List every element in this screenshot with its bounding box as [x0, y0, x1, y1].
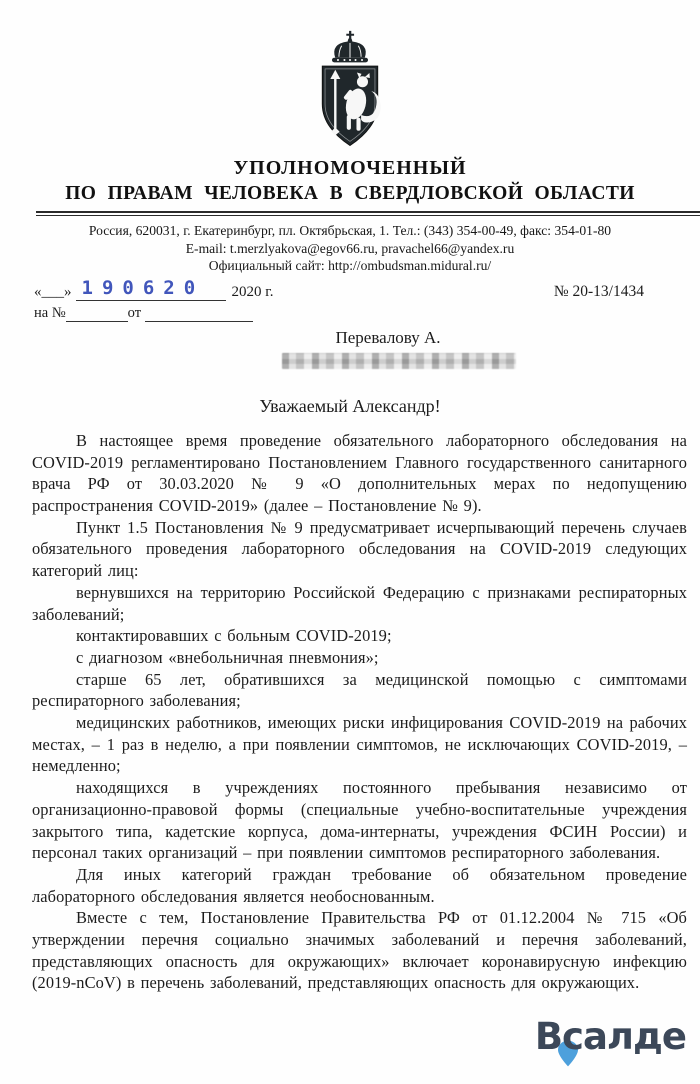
contact-address-line: Россия, 620031, г. Екатеринбург, пл. Окт…: [0, 222, 700, 240]
org-title-line2: ПО ПРАВАМ ЧЕЛОВЕКА В СВЕРДЛОВСКОЙ ОБЛАСТ…: [0, 182, 700, 205]
addressee-block: Перевалову А.: [38, 328, 700, 374]
addressee-name: Перевалову А.: [38, 328, 700, 348]
header-divider: [36, 211, 700, 216]
date-fill-line: 190620: [76, 286, 226, 301]
contact-email-line: E-mail: t.merzlyakova@egov66.ru, pravach…: [0, 240, 700, 258]
reply-reference-line: на №от: [34, 305, 686, 322]
sverdlovsk-coat-of-arms-icon: [302, 30, 398, 152]
watermark-text: Всалде: [535, 1018, 686, 1055]
reference-block: «___» 190620 2020 г. № 20-13/1434 на №от: [0, 275, 700, 322]
body-paragraph: медицинских работников, имеющих риски ин…: [32, 712, 687, 777]
letter-body: В настоящее время проведение обязательно…: [32, 430, 687, 994]
date-stamp: 190620: [82, 277, 205, 299]
contact-website-line: Официальный сайт: http://ombudsman.midur…: [0, 257, 700, 275]
reply-number-blank: [66, 307, 128, 322]
reply-date-blank: [145, 307, 253, 322]
reply-from: от: [128, 305, 141, 321]
document-number: № 20-13/1434: [554, 283, 686, 301]
body-paragraph: с диагнозом «внебольничная пневмония»;: [32, 647, 687, 669]
date-quote-blank: «___»: [34, 284, 72, 301]
body-paragraph: старше 65 лет, обратившихся за медицинск…: [32, 669, 687, 712]
body-paragraph: Пункт 1.5 Постановления № 9 предусматрив…: [32, 517, 687, 582]
letterhead-emblem: [0, 0, 700, 152]
org-title-line1: УПОЛНОМОЧЕННЫЙ: [0, 156, 700, 180]
body-paragraph: контактировавших с больным COVID-2019;: [32, 625, 687, 647]
body-paragraph: Вместе с тем, Постановление Правительств…: [32, 907, 687, 994]
site-watermark: Всалде: [526, 1016, 686, 1072]
body-paragraph: находящихся в учреждениях постоянного пр…: [32, 777, 687, 864]
date-line: «___» 190620 2020 г.: [34, 284, 273, 301]
date-year: 2020 г.: [232, 284, 274, 301]
body-paragraph: Для иных категорий граждан требование об…: [32, 864, 687, 907]
body-paragraph: вернувшихся на территорию Российской Фед…: [32, 582, 687, 625]
scanned-letter-page: УПОЛНОМОЧЕННЫЙ ПО ПРАВАМ ЧЕЛОВЕКА В СВЕР…: [0, 0, 700, 1084]
salutation: Уважаемый Александр!: [0, 396, 700, 417]
reply-prefix: на №: [34, 305, 66, 321]
body-paragraph: В настоящее время проведение обязательно…: [32, 430, 687, 517]
redacted-address: [282, 353, 516, 369]
